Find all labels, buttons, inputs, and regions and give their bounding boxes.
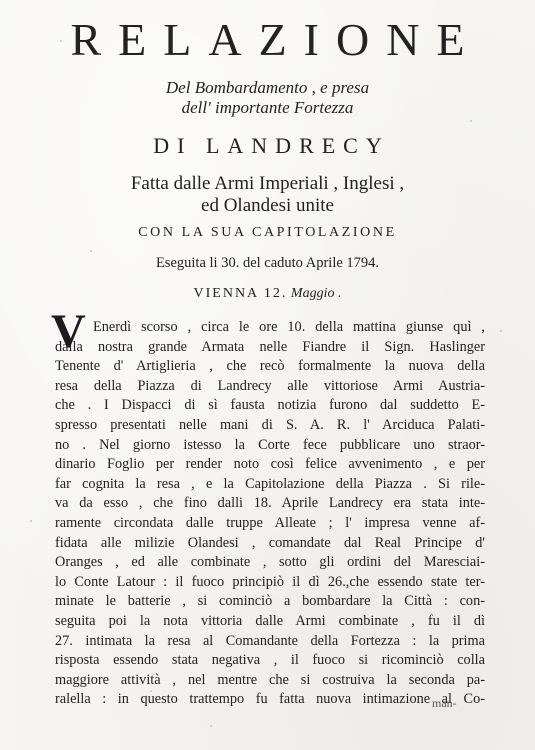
body-line: minate le batterie , si cominciò a bomba… [55,592,485,612]
subtitle-line-1: Del Bombardamento , e presa [0,78,535,98]
capitulation-heading: CON LA SUA CAPITOLAZIONE [0,224,535,242]
body-line: ralella : in questo trattempo fu fatta n… [55,690,485,710]
document-page: RELAZIONE Del Bombardamento , e presa de… [0,0,535,750]
body-line: maggiore attività , nel mentre che si co… [55,671,485,691]
body-line: Tenente d' Artiglieria , che recò formal… [55,357,485,377]
body-line: Oranges , ed alle combinate , sotto gli … [55,553,485,573]
body-line: spresso presentati nelle mani di S. A. R… [55,416,485,436]
subtitle-line-2: dell' importante Fortezza [0,98,535,118]
body-line: no . Nel giorno istesso la Corte fece pu… [55,436,485,456]
body-line: va da esso , che fino dalli 18. Aprile L… [55,494,485,514]
place-heading: DI LANDRECY [0,133,535,159]
body-line: dalla nostra grande Armata nelle Fiandre… [55,338,485,358]
made-by-line-2: ed Olandesi unite [0,195,535,217]
body-line: fidata alle milizie Olandesi , comandate… [55,534,485,554]
body-line: resa della Piazza di Landrecy alle vitto… [55,377,485,397]
dateline: VIENNA 12. Maggio . [0,285,535,303]
body-line: che . I Dispacci di sì fausta notizia fu… [55,396,485,416]
body-line: ramente circondata dalle truppe Alleate … [55,514,485,534]
body-line: Enerdì scorso , circa le ore 10. della m… [55,318,485,338]
body-line: risposta essendo stata negativa , il fuo… [55,651,485,671]
body-text: V Enerdì scorso , circa le ore 10. della… [55,318,485,710]
body-line: 27. intimata la resa al Comandante della… [55,632,485,652]
drop-cap: V [51,310,86,354]
made-by-line-1: Fatta dalle Armi Imperiali , Inglesi , [0,173,535,195]
body-line: lo Conte Latour : il fuoco principiò il … [55,573,485,593]
body-line: seguita poi la nota vittoria dalle Armi … [55,612,485,632]
body-line: far cognita la resa , e la Capitolazione… [55,475,485,495]
dateline-month: Maggio . [291,286,342,301]
dateline-city: VIENNA 12. [194,286,288,301]
document-title: RELAZIONE [0,14,535,66]
catchword: man- [432,696,457,711]
body-line: dinario Foglio per render noto così feli… [55,455,485,475]
execution-date: Eseguita li 30. del caduto Aprile 1794. [0,254,535,272]
